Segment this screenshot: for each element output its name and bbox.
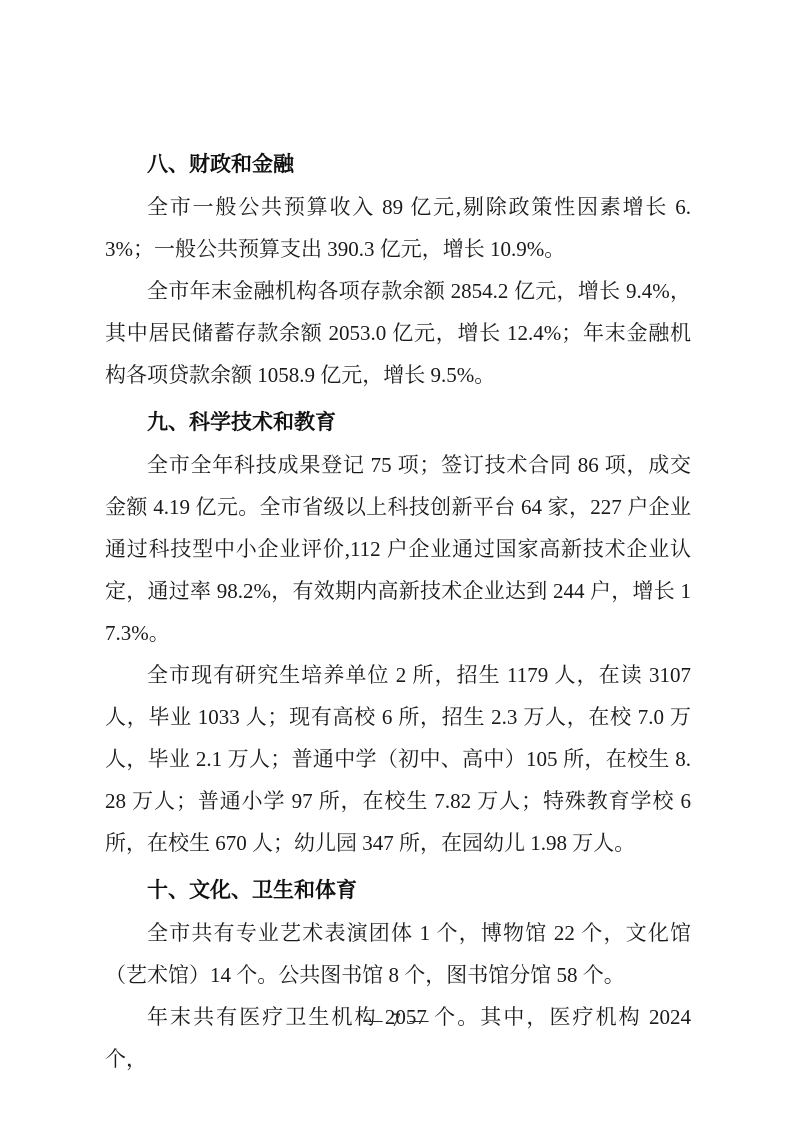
page-number: — 7 —	[364, 1010, 431, 1031]
paragraph-health: 年末共有医疗卫生机构 2057 个。其中，医疗机构 2024 个，	[105, 996, 691, 1080]
paragraph-budget: 全市一般公共预算收入 89 亿元,剔除政策性因素增长 6.3%；一般公共预算支出…	[105, 186, 691, 270]
paragraph-culture: 全市共有专业艺术表演团体 1 个，博物馆 22 个，文化馆（艺术馆）14 个。公…	[105, 912, 691, 996]
paragraph-science-tech: 全市全年科技成果登记 75 项；签订技术合同 86 项，成交金额 4.19 亿元…	[105, 444, 691, 654]
document-content: 八、财政和金融 全市一般公共预算收入 89 亿元,剔除政策性因素增长 6.3%；…	[105, 138, 691, 1080]
page-footer: — 7 —	[0, 1010, 794, 1032]
section-heading-science-education: 九、科学技术和教育	[105, 402, 691, 444]
paragraph-deposits-loans: 全市年末金融机构各项存款余额 2854.2 亿元，增长 9.4%，其中居民储蓄存…	[105, 270, 691, 396]
document-page: 八、财政和金融 全市一般公共预算收入 89 亿元,剔除政策性因素增长 6.3%；…	[0, 0, 794, 1123]
section-heading-culture-health-sports: 十、文化、卫生和体育	[105, 870, 691, 912]
section-heading-finance: 八、财政和金融	[105, 144, 691, 186]
paragraph-education: 全市现有研究生培养单位 2 所，招生 1179 人，在读 3107 人，毕业 1…	[105, 654, 691, 864]
